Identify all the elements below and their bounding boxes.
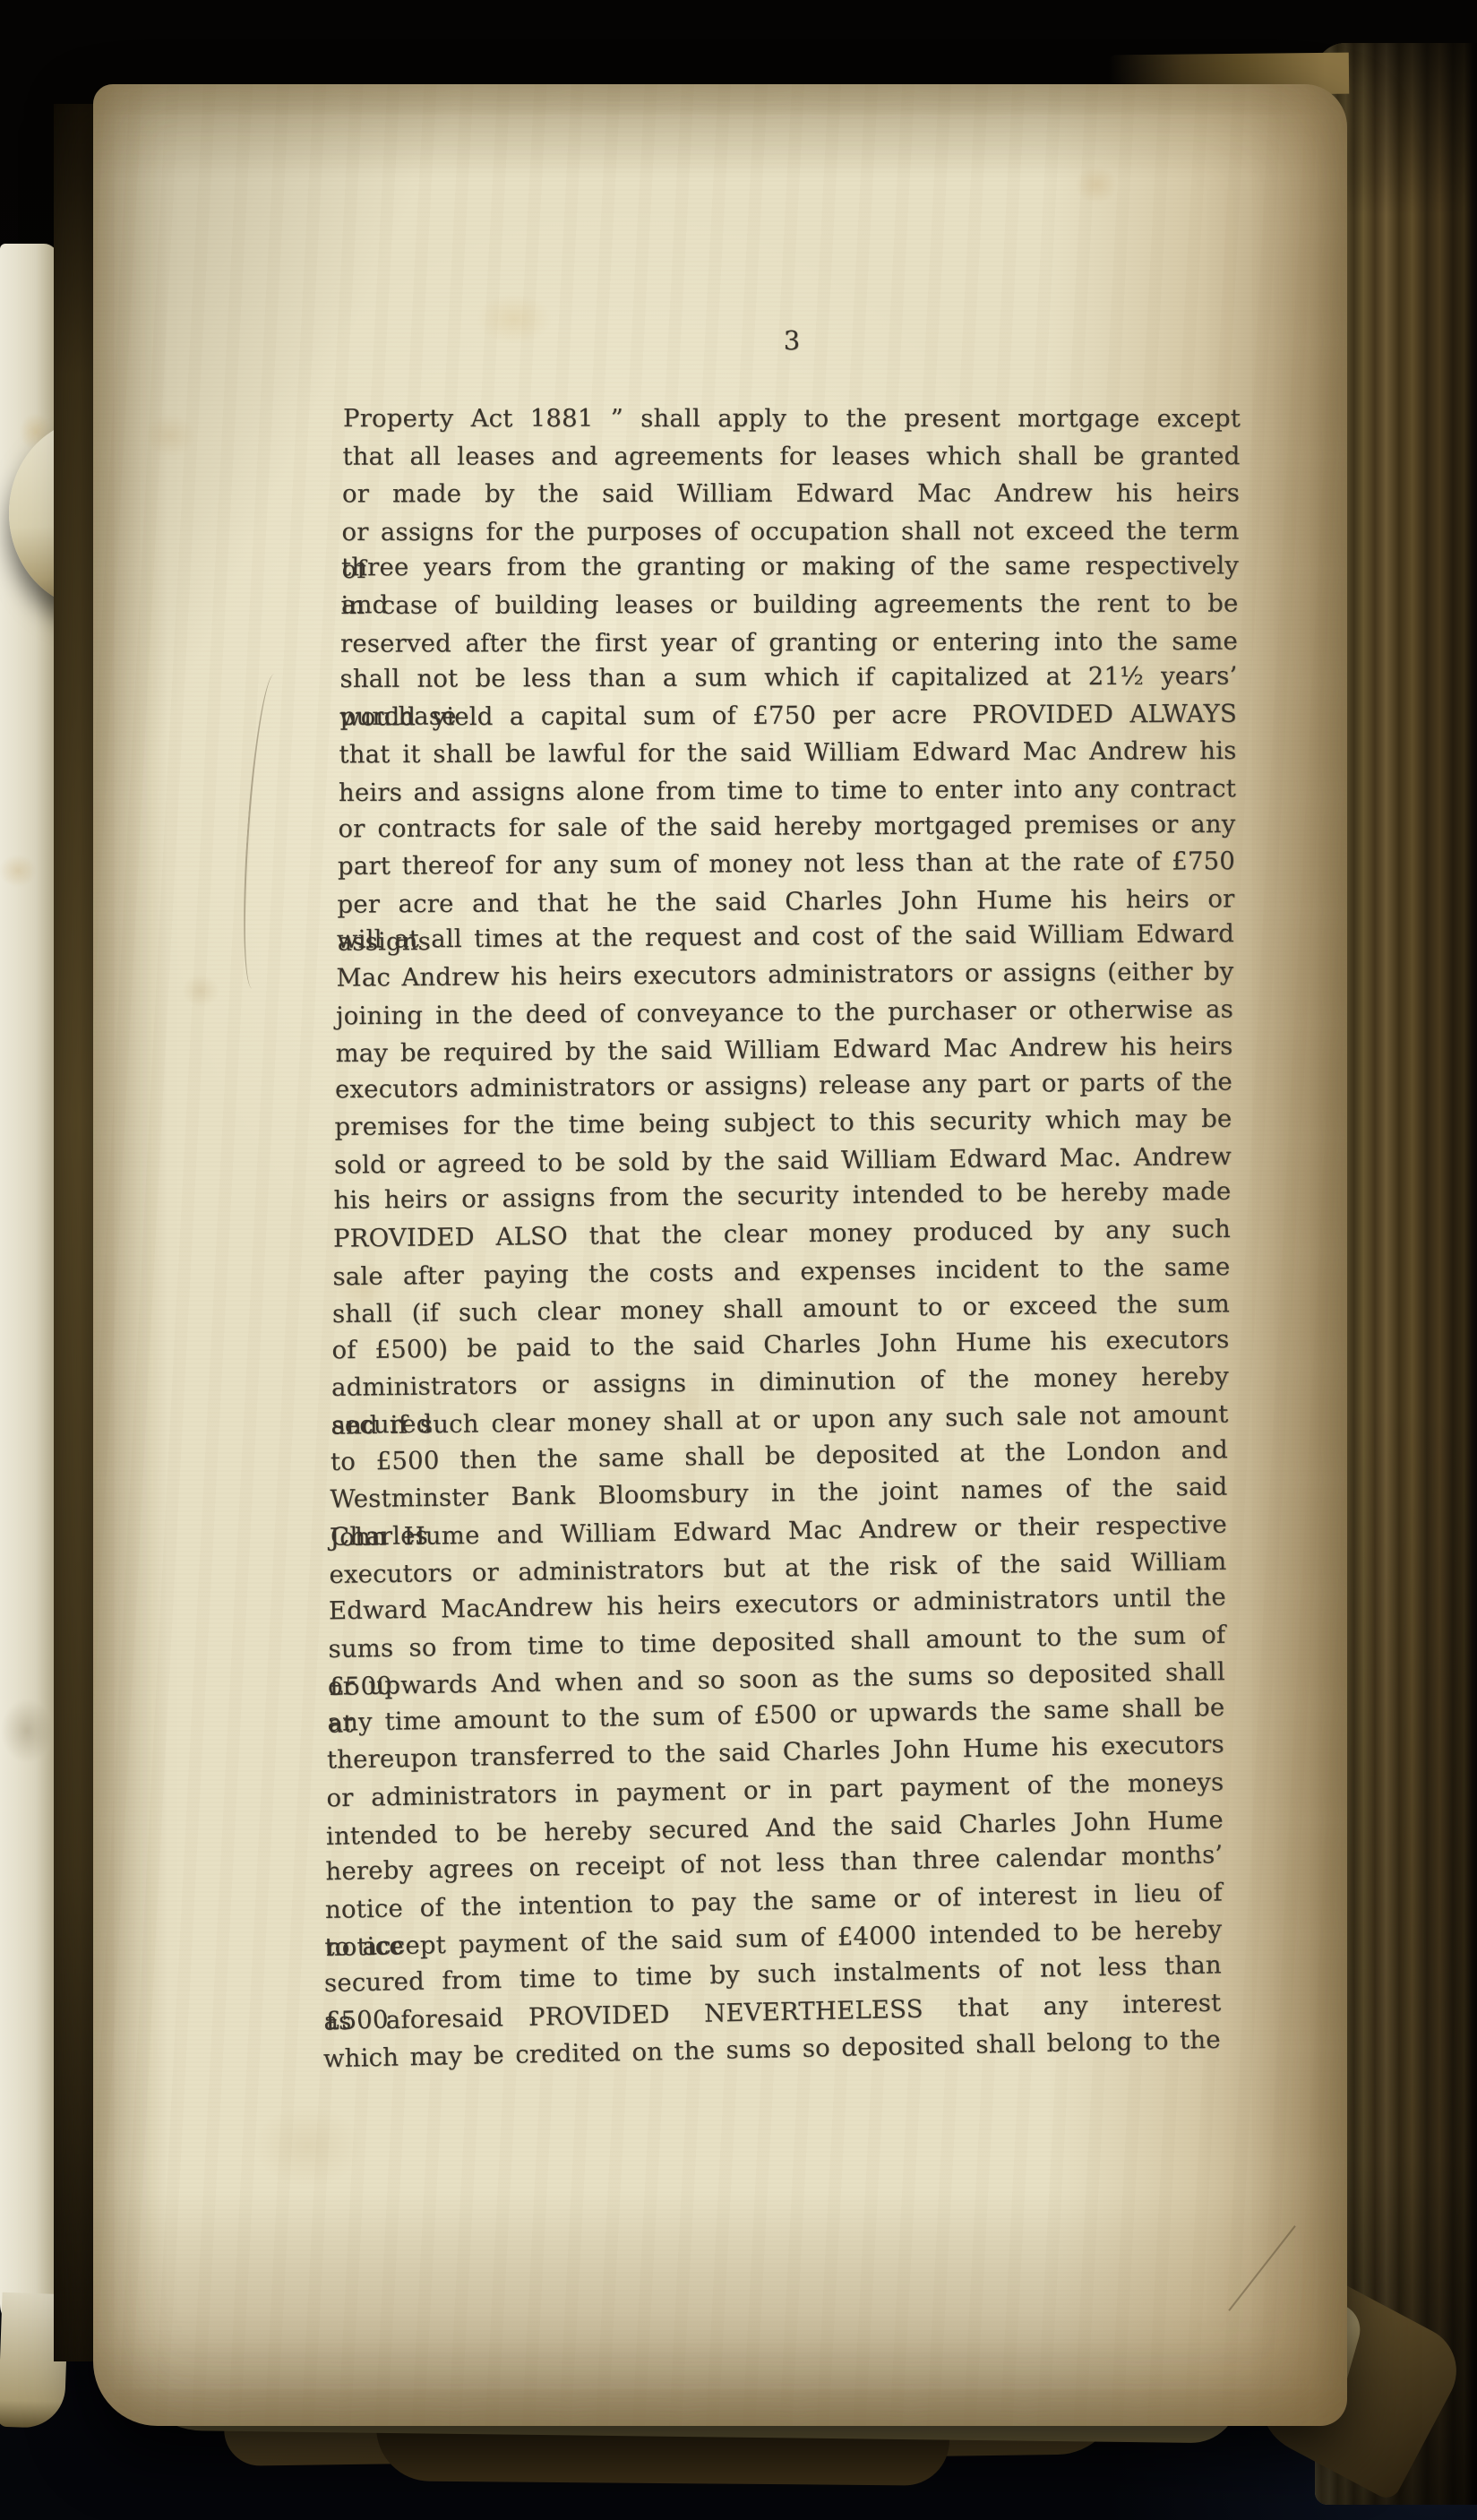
text-line: shall not be less than a sum which if ca… [339, 658, 1237, 699]
page-number: 3 [343, 323, 1241, 358]
text-line: would yield a capital sum of £750 per ac… [339, 695, 1237, 736]
text-line: or made by the said William Edward Mac A… [342, 476, 1240, 514]
text-line: will at all times at the request and cos… [337, 916, 1234, 959]
text-line: or contracts for sale of the said hereby… [338, 805, 1235, 847]
text-line: in case of building leases or building a… [340, 586, 1238, 625]
text-line: three years from the granting or making … [341, 548, 1239, 588]
text-line: part thereof for any sum of money not le… [338, 843, 1235, 885]
gutter-shadow [54, 104, 99, 2361]
text-line: Mac Andrew his heirs executors administr… [336, 953, 1233, 997]
text-line: reserved after the first year of grantin… [340, 623, 1238, 663]
book-photograph: 3 Property Act 1881 ” shall apply to the… [0, 0, 1477, 2520]
text-line: Property Act 1881 ” shall apply to the p… [343, 400, 1241, 438]
document-text: Property Act 1881 ” shall apply to the p… [343, 401, 1241, 2078]
text-line: that all leases and agreements for lease… [342, 438, 1240, 476]
text-line: that it shall be lawful for the said Wil… [339, 733, 1236, 774]
text-line: or assigns for the purposes of occupatio… [341, 512, 1239, 551]
text-line: heirs and assigns alone from time to tim… [339, 770, 1236, 812]
